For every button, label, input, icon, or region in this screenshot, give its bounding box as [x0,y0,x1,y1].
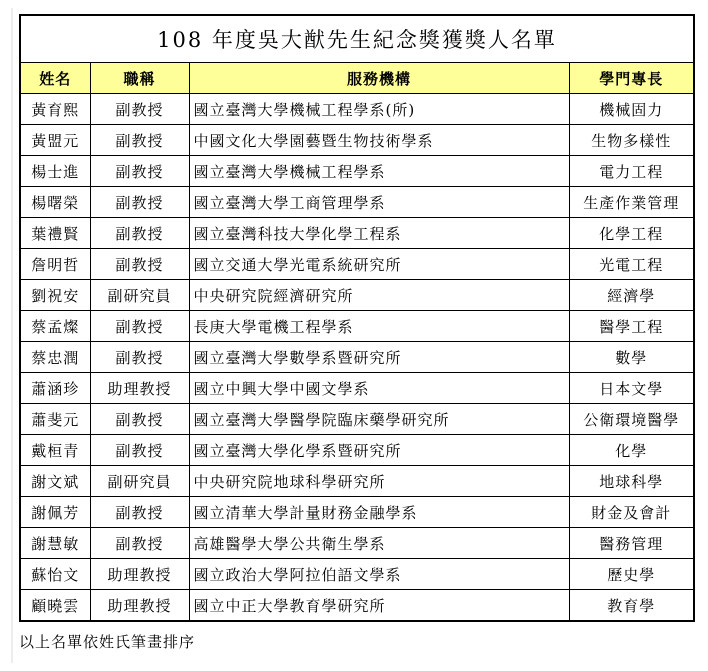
cell-name: 謝慧敏 [20,528,90,559]
cell-specialty: 電力工程 [569,156,694,187]
footnote: 以上名單依姓氏筆畫排序 [19,631,708,652]
cell-name: 蘇怡文 [20,559,90,590]
cell-institution: 高雄醫學大學公共衛生學系 [189,528,569,559]
table-row: 謝慧敏副教授高雄醫學大學公共衛生學系醫務管理 [20,528,694,559]
cell-institution: 國立清華大學計量財務金融學系 [189,497,569,528]
cell-institution: 中央研究院經濟研究所 [189,280,569,311]
cell-name: 謝文斌 [20,466,90,497]
cell-institution: 國立中正大學教育學研究所 [189,590,569,622]
cell-institution: 國立臺灣大學化學系暨研究所 [189,435,569,466]
cell-specialty: 公衛環境醫學 [569,404,694,435]
cell-name: 詹明哲 [20,249,90,280]
cell-title: 副教授 [90,94,189,125]
cell-specialty: 教育學 [569,590,694,622]
cell-title: 助理教授 [90,590,189,622]
cell-name: 劉祝安 [20,280,90,311]
column-header-institution: 服務機構 [189,63,569,94]
table-row: 蕭斐元副教授國立臺灣大學醫學院臨床藥學研究所公衛環境醫學 [20,404,694,435]
cell-name: 黃盟元 [20,125,90,156]
column-header-name: 姓名 [20,63,90,94]
cell-name: 顧曉雲 [20,590,90,622]
cell-title: 副教授 [90,528,189,559]
cell-specialty: 歷史學 [569,559,694,590]
cell-title: 副教授 [90,187,189,218]
cell-name: 戴桓青 [20,435,90,466]
cell-institution: 國立交通大學光電系統研究所 [189,249,569,280]
cell-institution: 國立臺灣科技大學化學工程系 [189,218,569,249]
cell-institution: 國立臺灣大學機械工程學系(所) [189,94,569,125]
column-header-specialty: 學門專長 [569,63,694,94]
cell-name: 楊士進 [20,156,90,187]
cell-title: 副教授 [90,497,189,528]
table-row: 蔡忠潤副教授國立臺灣大學數學系暨研究所數學 [20,342,694,373]
cell-specialty: 醫學工程 [569,311,694,342]
page-title: 108 年度吳大猷先生紀念獎獲獎人名單 [20,15,694,63]
table-row: 謝文斌副研究員中央研究院地球科學研究所地球科學 [20,466,694,497]
cell-title: 副教授 [90,125,189,156]
table-row: 戴桓青副教授國立臺灣大學化學系暨研究所化學 [20,435,694,466]
cell-specialty: 日本文學 [569,373,694,404]
cell-title: 副教授 [90,404,189,435]
table-row: 蔡孟燦副教授長庚大學電機工程學系醫學工程 [20,311,694,342]
table-row: 黃盟元副教授中國文化大學園藝暨生物技術學系生物多樣性 [20,125,694,156]
cell-name: 黃育熙 [20,94,90,125]
cell-name: 葉禮賢 [20,218,90,249]
table-row: 顧曉雲助理教授國立中正大學教育學研究所教育學 [20,590,694,622]
cell-specialty: 經濟學 [569,280,694,311]
table-row: 葉禮賢副教授國立臺灣科技大學化學工程系化學工程 [20,218,694,249]
table-row: 詹明哲副教授國立交通大學光電系統研究所光電工程 [20,249,694,280]
cell-specialty: 化學 [569,435,694,466]
cell-specialty: 財金及會計 [569,497,694,528]
cell-name: 蔡孟燦 [20,311,90,342]
cell-title: 助理教授 [90,559,189,590]
table-row: 蘇怡文助理教授國立政治大學阿拉伯語文學系歷史學 [20,559,694,590]
cell-institution: 中國文化大學園藝暨生物技術學系 [189,125,569,156]
cell-name: 蕭斐元 [20,404,90,435]
table-row: 黃育熙副教授國立臺灣大學機械工程學系(所)機械固力 [20,94,694,125]
cell-name: 謝佩芳 [20,497,90,528]
cell-title: 副教授 [90,435,189,466]
cell-specialty: 數學 [569,342,694,373]
cell-institution: 國立政治大學阿拉伯語文學系 [189,559,569,590]
cell-institution: 國立臺灣大學工商管理學系 [189,187,569,218]
title-row: 108 年度吳大猷先生紀念獎獲獎人名單 [20,15,694,63]
cell-name: 蔡忠潤 [20,342,90,373]
cell-title: 副教授 [90,342,189,373]
table-row: 楊士進副教授國立臺灣大學機械工程學系電力工程 [20,156,694,187]
award-table: 108 年度吳大猷先生紀念獎獲獎人名單 姓名 職稱 服務機構 學門專長 黃育熙副… [19,14,695,622]
cell-title: 副教授 [90,156,189,187]
cell-institution: 國立臺灣大學數學系暨研究所 [189,342,569,373]
cell-title: 副研究員 [90,280,189,311]
cell-specialty: 生物多樣性 [569,125,694,156]
cell-specialty: 醫務管理 [569,528,694,559]
cell-name: 蕭涵珍 [20,373,90,404]
cell-institution: 長庚大學電機工程學系 [189,311,569,342]
column-header-title: 職稱 [90,63,189,94]
cell-specialty: 化學工程 [569,218,694,249]
award-list-page: 108 年度吳大猷先生紀念獎獲獎人名單 姓名 職稱 服務機構 學門專長 黃育熙副… [0,0,708,671]
awardee-rows: 黃育熙副教授國立臺灣大學機械工程學系(所)機械固力黃盟元副教授中國文化大學園藝暨… [20,94,694,622]
cell-institution: 中央研究院地球科學研究所 [189,466,569,497]
cell-title: 副教授 [90,311,189,342]
cell-title: 副教授 [90,249,189,280]
cell-title: 副研究員 [90,466,189,497]
table-row: 謝佩芳副教授國立清華大學計量財務金融學系財金及會計 [20,497,694,528]
cell-specialty: 機械固力 [569,94,694,125]
table-row: 楊曙榮副教授國立臺灣大學工商管理學系生產作業管理 [20,187,694,218]
cell-specialty: 光電工程 [569,249,694,280]
page-edge-line [11,8,13,663]
cell-institution: 國立中興大學中國文學系 [189,373,569,404]
header-row: 姓名 職稱 服務機構 學門專長 [20,63,694,94]
cell-name: 楊曙榮 [20,187,90,218]
cell-institution: 國立臺灣大學醫學院臨床藥學研究所 [189,404,569,435]
table-row: 蕭涵珍助理教授國立中興大學中國文學系日本文學 [20,373,694,404]
cell-title: 助理教授 [90,373,189,404]
table-row: 劉祝安副研究員中央研究院經濟研究所經濟學 [20,280,694,311]
cell-specialty: 地球科學 [569,466,694,497]
cell-title: 副教授 [90,218,189,249]
cell-institution: 國立臺灣大學機械工程學系 [189,156,569,187]
cell-specialty: 生產作業管理 [569,187,694,218]
